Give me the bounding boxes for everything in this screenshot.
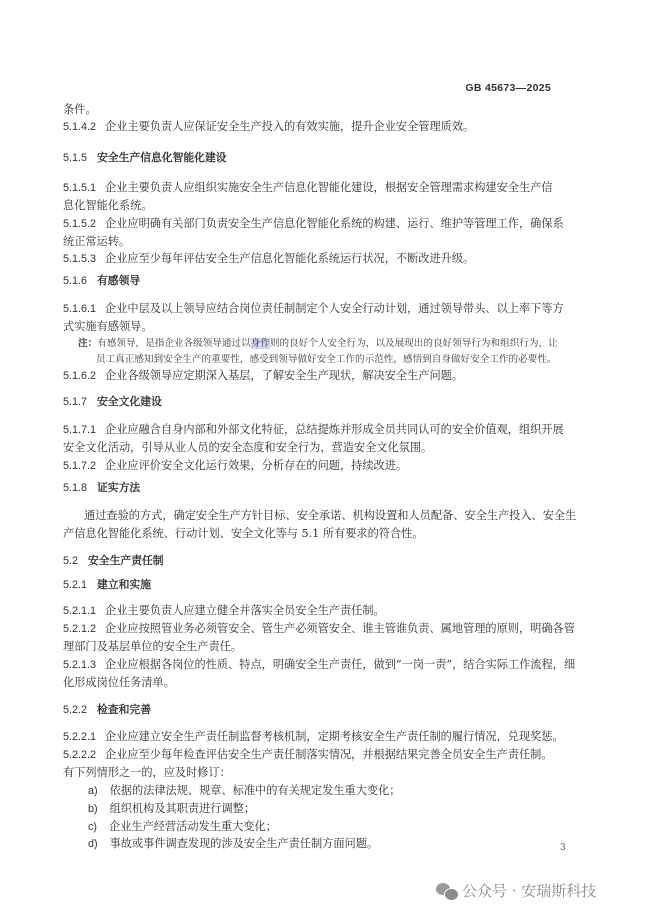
- heading-5-2-2: 5.2.2检查和完善: [63, 703, 151, 717]
- clause-number: 5.1.6.1: [63, 303, 96, 315]
- clause-text: 企业主要负责人应组织实施安全生产信息化智能化建设，根据安全管理需求构建安全生产信: [105, 181, 553, 194]
- paragraph-text: 条件。: [63, 103, 97, 117]
- highlighted-text[interactable]: 身作: [251, 338, 270, 349]
- list-text: 组织机构及其职责进行调整；: [110, 802, 255, 815]
- paragraph-text: 式实施有感领导。: [63, 320, 153, 334]
- clause-5-2-1-2: 5.2.1.2企业应按照管业务必须管安全、管生产必须管安全、谁主管谁负责、属地管…: [63, 622, 575, 636]
- paragraph-text: 产信息化智能化系统、行动计划、安全文化等与 5.1 所有要求的符合性。: [63, 527, 424, 541]
- clause-5-1-5-2: 5.1.5.2企业应明确有关部门负责安全生产信息化智能化系统的构建、运行、维护等…: [63, 217, 564, 231]
- heading-number: 5.1.8: [63, 482, 87, 494]
- clause-number: 5.2.1.3: [63, 659, 96, 671]
- heading-number: 5.2: [63, 555, 78, 567]
- paragraph-text: 有下列情形之一的，应及时修订：: [63, 766, 231, 780]
- clause-5-1-7-2: 5.1.7.2企业应评价安全文化运行效果，分析存在的问题，持续改进。: [63, 459, 407, 473]
- clause-5-1-6-1: 5.1.6.1企业中层及以上领导应结合岗位责任制制定个人安全行动计划，通过领导带…: [63, 302, 564, 316]
- clause-number: 5.2.2.1: [63, 731, 96, 743]
- clause-5-1-6-2: 5.1.6.2企业各级领导应定期深入基层，了解安全生产现状，解决安全生产问题。: [63, 369, 463, 383]
- list-text: 依据的法律法规、规章、标准中的有关规定发生重大变化；: [110, 784, 401, 797]
- standard-code: GB 45673—2025: [465, 82, 551, 94]
- clause-text: 企业应至少每年检查评估安全生产责任制落实情况，并根据结果完善全员安全生产责任制。: [105, 748, 553, 761]
- clause-text: 企业应评价安全文化运行效果，分析存在的问题，持续改进。: [105, 459, 407, 472]
- clause-5-2-2-2: 5.2.2.2企业应至少每年检查评估安全生产责任制落实情况，并根据结果完善全员安…: [63, 748, 553, 762]
- clause-number: 5.1.7.2: [63, 460, 96, 472]
- heading-5-1-6: 5.1.6有感领导: [63, 274, 140, 288]
- paragraph-text: 安全文化活动，引导从业人员的安全态度和安全行为，营造安全文化氛围。: [63, 441, 432, 455]
- heading-number: 5.2.1: [63, 579, 87, 591]
- list-item-d: d)事故或事件调查发现的涉及安全生产责任制方面问题。: [88, 837, 378, 851]
- clause-5-2-2-1: 5.2.2.1企业应建立安全生产责任制监督考核机制，定期考核安全生产责任制的履行…: [63, 730, 564, 744]
- heading-number: 5.1.7: [63, 396, 87, 408]
- wechat-icon: [436, 882, 458, 900]
- clause-number: 5.2.2.2: [63, 749, 96, 761]
- heading-number: 5.1.6: [63, 275, 87, 287]
- heading-5-2-1: 5.2.1建立和实施: [63, 578, 151, 592]
- clause-text: 企业中层及以上领导应结合岗位责任制制定个人安全行动计划，通过领导带头、以上率下等…: [105, 302, 564, 315]
- clause-number: 5.1.5.3: [63, 253, 96, 265]
- heading-title: 安全生产责任制: [88, 554, 164, 567]
- heading-number: 5.2.2: [63, 704, 87, 716]
- clause-number: 5.2.1.1: [63, 605, 96, 617]
- heading-title: 建立和实施: [97, 578, 151, 591]
- list-text: 事故或事件调查发现的涉及安全生产责任制方面问题。: [110, 837, 379, 850]
- clause-text: 企业主要负责人应保证安全生产投入的有效实施，提升企业安全管理质效。: [105, 120, 474, 133]
- clause-number: 5.1.4.2: [63, 121, 96, 133]
- watermark-text: 公众号 · 安瑞斯科技: [462, 880, 596, 901]
- list-marker: d): [88, 838, 98, 850]
- paragraph-text: 理部门及基层单位的安全生产责任。: [63, 640, 242, 654]
- list-text: 企业生产经营活动发生重大变化；: [109, 820, 277, 833]
- clause-5-2-1-3: 5.2.1.3企业应根据各岗位的性质、特点，明确安全生产责任，做到“一岗一责”，…: [63, 658, 575, 672]
- heading-5-2: 5.2安全生产责任制: [63, 554, 164, 568]
- clause-number: 5.1.6.2: [63, 370, 96, 382]
- heading-5-1-8: 5.1.8证实方法: [63, 481, 140, 495]
- paragraph-text: 通过查验的方式，确定安全生产方针目标、安全承诺、机构设置和人员配备、安全生产投入…: [84, 509, 576, 523]
- heading-title: 安全生产信息化智能化建设: [97, 151, 227, 164]
- list-item-c: c)企业生产经营活动发生重大变化；: [88, 820, 277, 834]
- note: 注：有感领导，是指企业各级领导通过以身作则的良好个人安全行为，以及展现出的良好领…: [78, 337, 558, 351]
- clause-5-1-4-2: 5.1.4.2企业主要负责人应保证安全生产投入的有效实施，提升企业安全管理质效。: [63, 120, 474, 134]
- watermark: 公众号 · 安瑞斯科技: [436, 880, 596, 901]
- clause-5-1-5-3: 5.1.5.3企业应至少每年评估安全生产信息化智能化系统运行状况，不断改进升级。: [63, 252, 474, 266]
- paragraph-text: 息化智能化系统。: [63, 199, 153, 213]
- list-marker: b): [88, 803, 98, 815]
- clause-5-1-5-1: 5.1.5.1企业主要负责人应组织实施安全生产信息化智能化建设，根据安全管理需求…: [63, 181, 553, 195]
- clause-text: 企业应建立安全生产责任制监督考核机制，定期考核安全生产责任制的履行情况，兑现奖惩…: [105, 730, 564, 743]
- list-marker: c): [88, 821, 97, 833]
- page-number: 3: [560, 843, 566, 853]
- clause-text: 企业应融合自身内部和外部文化特征，总结提炼并形成全员共同认可的安全价值观，组织开…: [105, 423, 564, 436]
- clause-number: 5.1.7.1: [63, 424, 96, 436]
- list-marker: a): [88, 785, 98, 797]
- heading-title: 证实方法: [97, 481, 140, 494]
- heading-5-1-7: 5.1.7安全文化建设: [63, 395, 162, 409]
- note-text: 员工真正感知到安全生产的重要性，感受到领导做好安全工作的示范性，感悟到自身做好安…: [96, 353, 557, 367]
- clause-text: 企业主要负责人应建立健全并落实全员安全生产责任制。: [105, 604, 385, 617]
- clause-5-1-7-1: 5.1.7.1企业应融合自身内部和外部文化特征，总结提炼并形成全员共同认可的安全…: [63, 423, 564, 437]
- clause-text: 企业应明确有关部门负责安全生产信息化智能化系统的构建、运行、维护等管理工作，确保…: [105, 217, 564, 230]
- clause-text: 企业应至少每年评估安全生产信息化智能化系统运行状况，不断改进升级。: [105, 252, 474, 265]
- clause-text: 企业应按照管业务必须管安全、管生产必须管安全、谁主管谁负责、属地管理的原则，明确…: [105, 622, 575, 635]
- clause-5-2-1-1: 5.2.1.1企业主要负责人应建立健全并落实全员安全生产责任制。: [63, 604, 385, 618]
- note-label: 注：: [78, 338, 97, 349]
- note-text: 则的良好个人安全行为，以及展现出的良好领导行为和组织行为，让: [270, 338, 558, 349]
- heading-title: 安全文化建设: [97, 395, 162, 408]
- heading-number: 5.1.5: [63, 152, 87, 164]
- heading-title: 有感领导: [97, 274, 140, 287]
- list-item-a: a)依据的法律法规、规章、标准中的有关规定发生重大变化；: [88, 784, 401, 798]
- clause-number: 5.2.1.2: [63, 623, 96, 635]
- clause-number: 5.1.5.2: [63, 218, 96, 230]
- note-text: 有感领导，是指企业各级领导通过以: [97, 338, 251, 349]
- heading-5-1-5: 5.1.5安全生产信息化智能化建设: [63, 151, 227, 165]
- paragraph-text: 化形成岗位任务清单。: [63, 676, 175, 690]
- paragraph-text: 统正常运转。: [63, 235, 130, 249]
- clause-number: 5.1.5.1: [63, 182, 96, 194]
- clause-text: 企业应根据各岗位的性质、特点，明确安全生产责任，做到“一岗一责”，结合实际工作流…: [105, 658, 575, 671]
- list-item-b: b)组织机构及其职责进行调整；: [88, 802, 255, 816]
- heading-title: 检查和完善: [97, 703, 151, 716]
- clause-text: 企业各级领导应定期深入基层，了解安全生产现状，解决安全生产问题。: [105, 369, 463, 382]
